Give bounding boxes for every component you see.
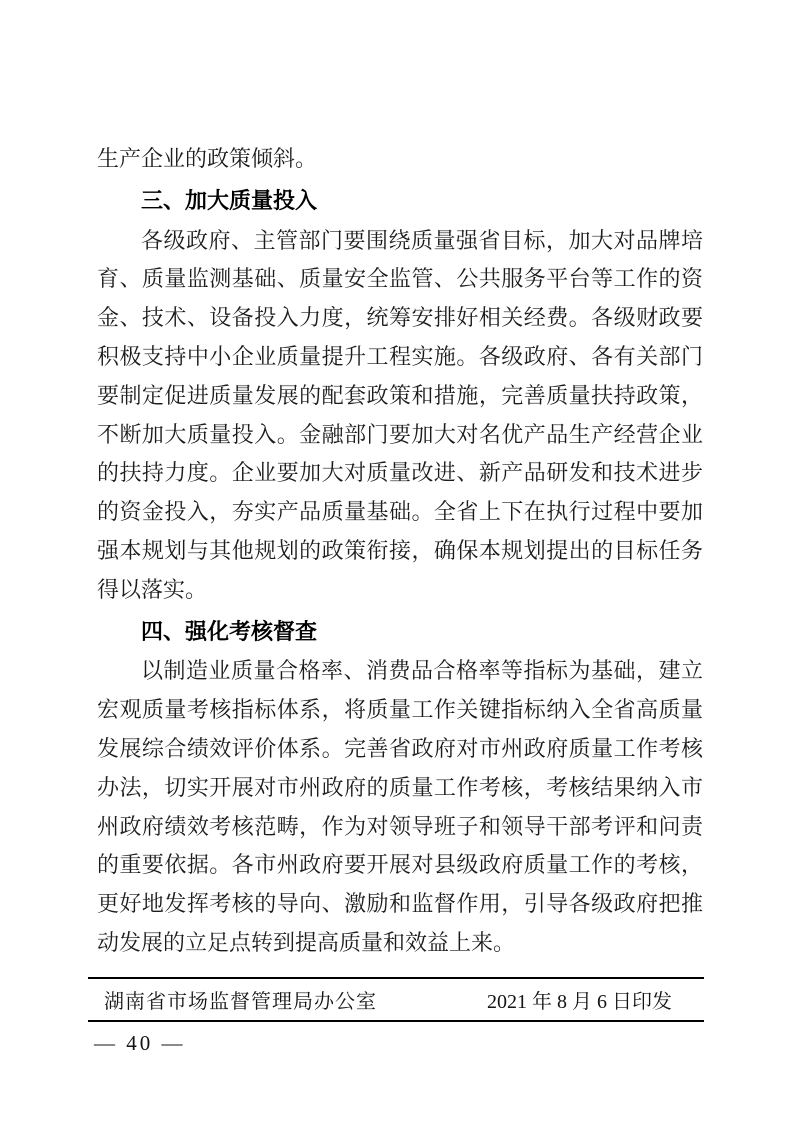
colophon-box: 湖南省市场监督管理局办公室 2021 年 8 月 6 日印发 (88, 977, 704, 1022)
issuing-office: 湖南省市场监督管理局办公室 (104, 985, 377, 1014)
page-number: — 40 — (94, 1031, 186, 1056)
section-4-paragraph: 以制造业质量合格率、消费品合格率等指标为基础，建立宏观质量考核指标体系，将质量工… (97, 652, 703, 962)
paragraph-continuation: 生产企业的政策倾斜。 (97, 140, 703, 179)
section-3-paragraph: 各级政府、主管部门要围绕质量强省目标，加大对品牌培育、质量监测基础、质量安全监管… (97, 222, 703, 610)
document-body: 生产企业的政策倾斜。 三、加大质量投入 各级政府、主管部门要围绕质量强省目标，加… (97, 140, 703, 963)
section-heading-3: 三、加大质量投入 (97, 182, 703, 221)
print-date: 2021 年 8 月 6 日印发 (487, 985, 672, 1014)
document-page: 生产企业的政策倾斜。 三、加大质量投入 各级政府、主管部门要围绕质量强省目标，加… (0, 0, 793, 1122)
section-heading-4: 四、强化考核督查 (97, 613, 703, 652)
